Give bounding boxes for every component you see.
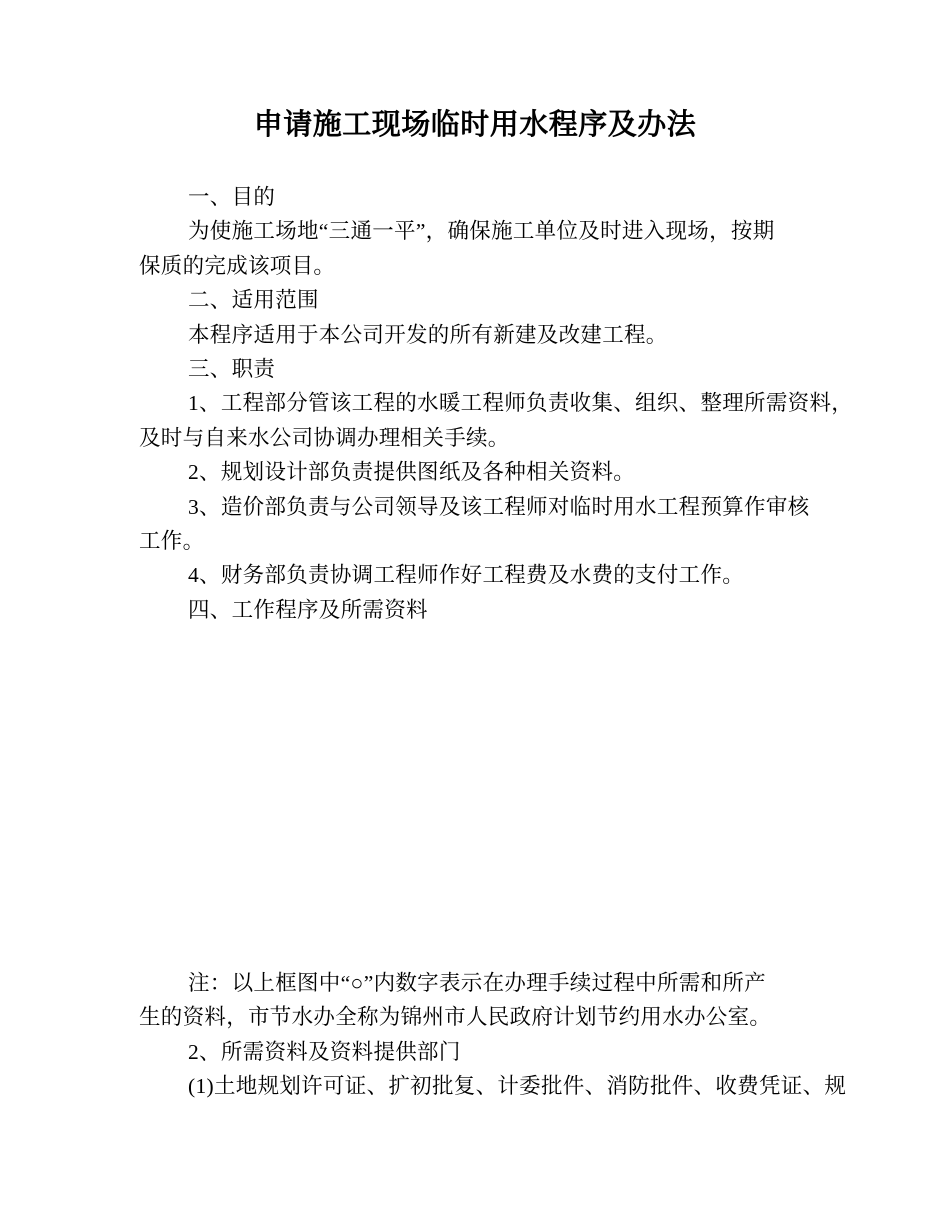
note-line: 2、所需资料及资料提供部门 xyxy=(139,1035,850,1069)
body-line: 三、职责 xyxy=(139,352,850,386)
body-line: 为使施工场地“三通一平”，确保施工单位及时进入现场，按期 xyxy=(139,214,850,248)
body-line: 工作。 xyxy=(139,524,850,558)
document-title: 申请施工现场临时用水程序及办法 xyxy=(0,103,950,148)
body-line: 4、财务部负责协调工程师作好工程费及水费的支付工作。 xyxy=(139,558,850,592)
body-line: 四、工作程序及所需资料 xyxy=(139,593,850,627)
flowchart-blank-area xyxy=(139,628,850,964)
note-text-block: 注：以上框图中“○”内数字表示在办理手续过程中所需和所产 生的资料，市节水办全称… xyxy=(139,966,850,1104)
body-line: 及时与自来水公司协调办理相关手续。 xyxy=(139,421,850,455)
note-line: 注：以上框图中“○”内数字表示在办理手续过程中所需和所产 xyxy=(139,966,850,1000)
body-text-block: 一、目的 为使施工场地“三通一平”，确保施工单位及时进入现场，按期 保质的完成该… xyxy=(139,180,850,627)
body-line: 本程序适用于本公司开发的所有新建及改建工程。 xyxy=(139,318,850,352)
body-line: 保质的完成该项目。 xyxy=(139,249,850,283)
note-line: 生的资料，市节水办全称为锦州市人民政府计划节约用水办公室。 xyxy=(139,1000,850,1034)
note-line: (1)土地规划许可证、扩初批复、计委批件、消防批件、收费凭证、规 xyxy=(139,1069,850,1103)
body-line: 2、规划设计部负责提供图纸及各种相关资料。 xyxy=(139,455,850,489)
body-line: 二、适用范围 xyxy=(139,283,850,317)
document-page: 申请施工现场临时用水程序及办法 一、目的 为使施工场地“三通一平”，确保施工单位… xyxy=(0,0,950,1230)
body-line: 一、目的 xyxy=(139,180,850,214)
body-line: 1、工程部分管该工程的水暖工程师负责收集、组织、整理所需资料， xyxy=(139,386,850,420)
body-line: 3、造价部负责与公司领导及该工程师对临时用水工程预算作审核 xyxy=(139,490,850,524)
